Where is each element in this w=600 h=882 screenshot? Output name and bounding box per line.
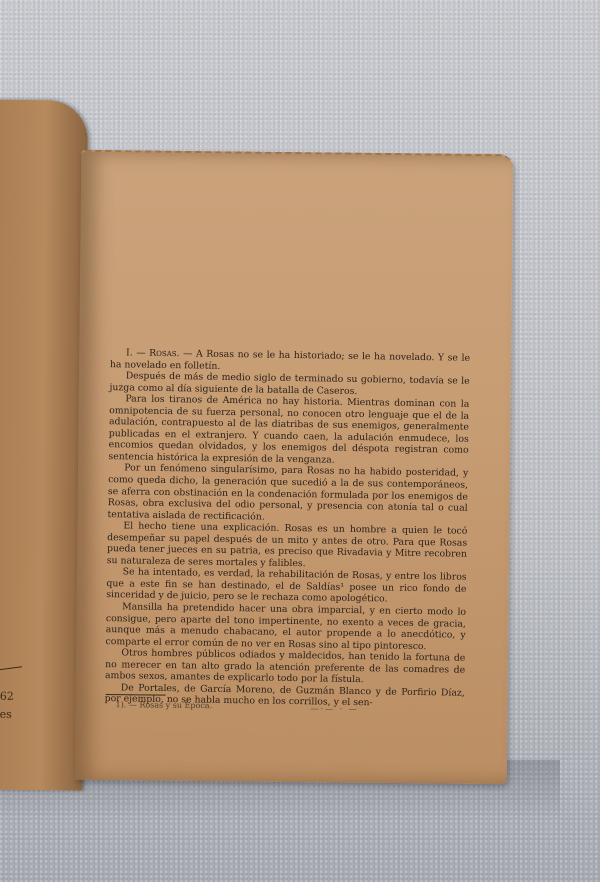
body-text: I. — Rosas. — A Rosas no se le ha histor…: [105, 347, 471, 711]
stray-marks: —·— · —: [310, 704, 358, 714]
section-heading: I. — Rosas. —: [126, 347, 193, 359]
paragraph: El hecho tiene una explicación. Rosas es…: [107, 520, 468, 572]
paragraph: Para los tiranos de América no hay histo…: [108, 393, 469, 468]
paragraph: Mansilla ha pretendido hacer una obra im…: [105, 601, 466, 653]
left-page-fragment: 62: [0, 690, 14, 703]
left-page-rule: [0, 666, 22, 670]
left-page-fragment: es: [0, 708, 12, 721]
paragraph: Se ha intentado, es verdad, la rehabilit…: [106, 566, 466, 606]
paragraph: Otros hombres públicos odiados y maldeci…: [105, 647, 465, 687]
right-page: I. — Rosas. — A Rosas no se le ha histor…: [75, 150, 514, 784]
paragraph: Por un fenómeno singularísimo, para Rosa…: [107, 463, 468, 526]
footnote: 1). — Rosas y su Época.: [115, 700, 212, 710]
